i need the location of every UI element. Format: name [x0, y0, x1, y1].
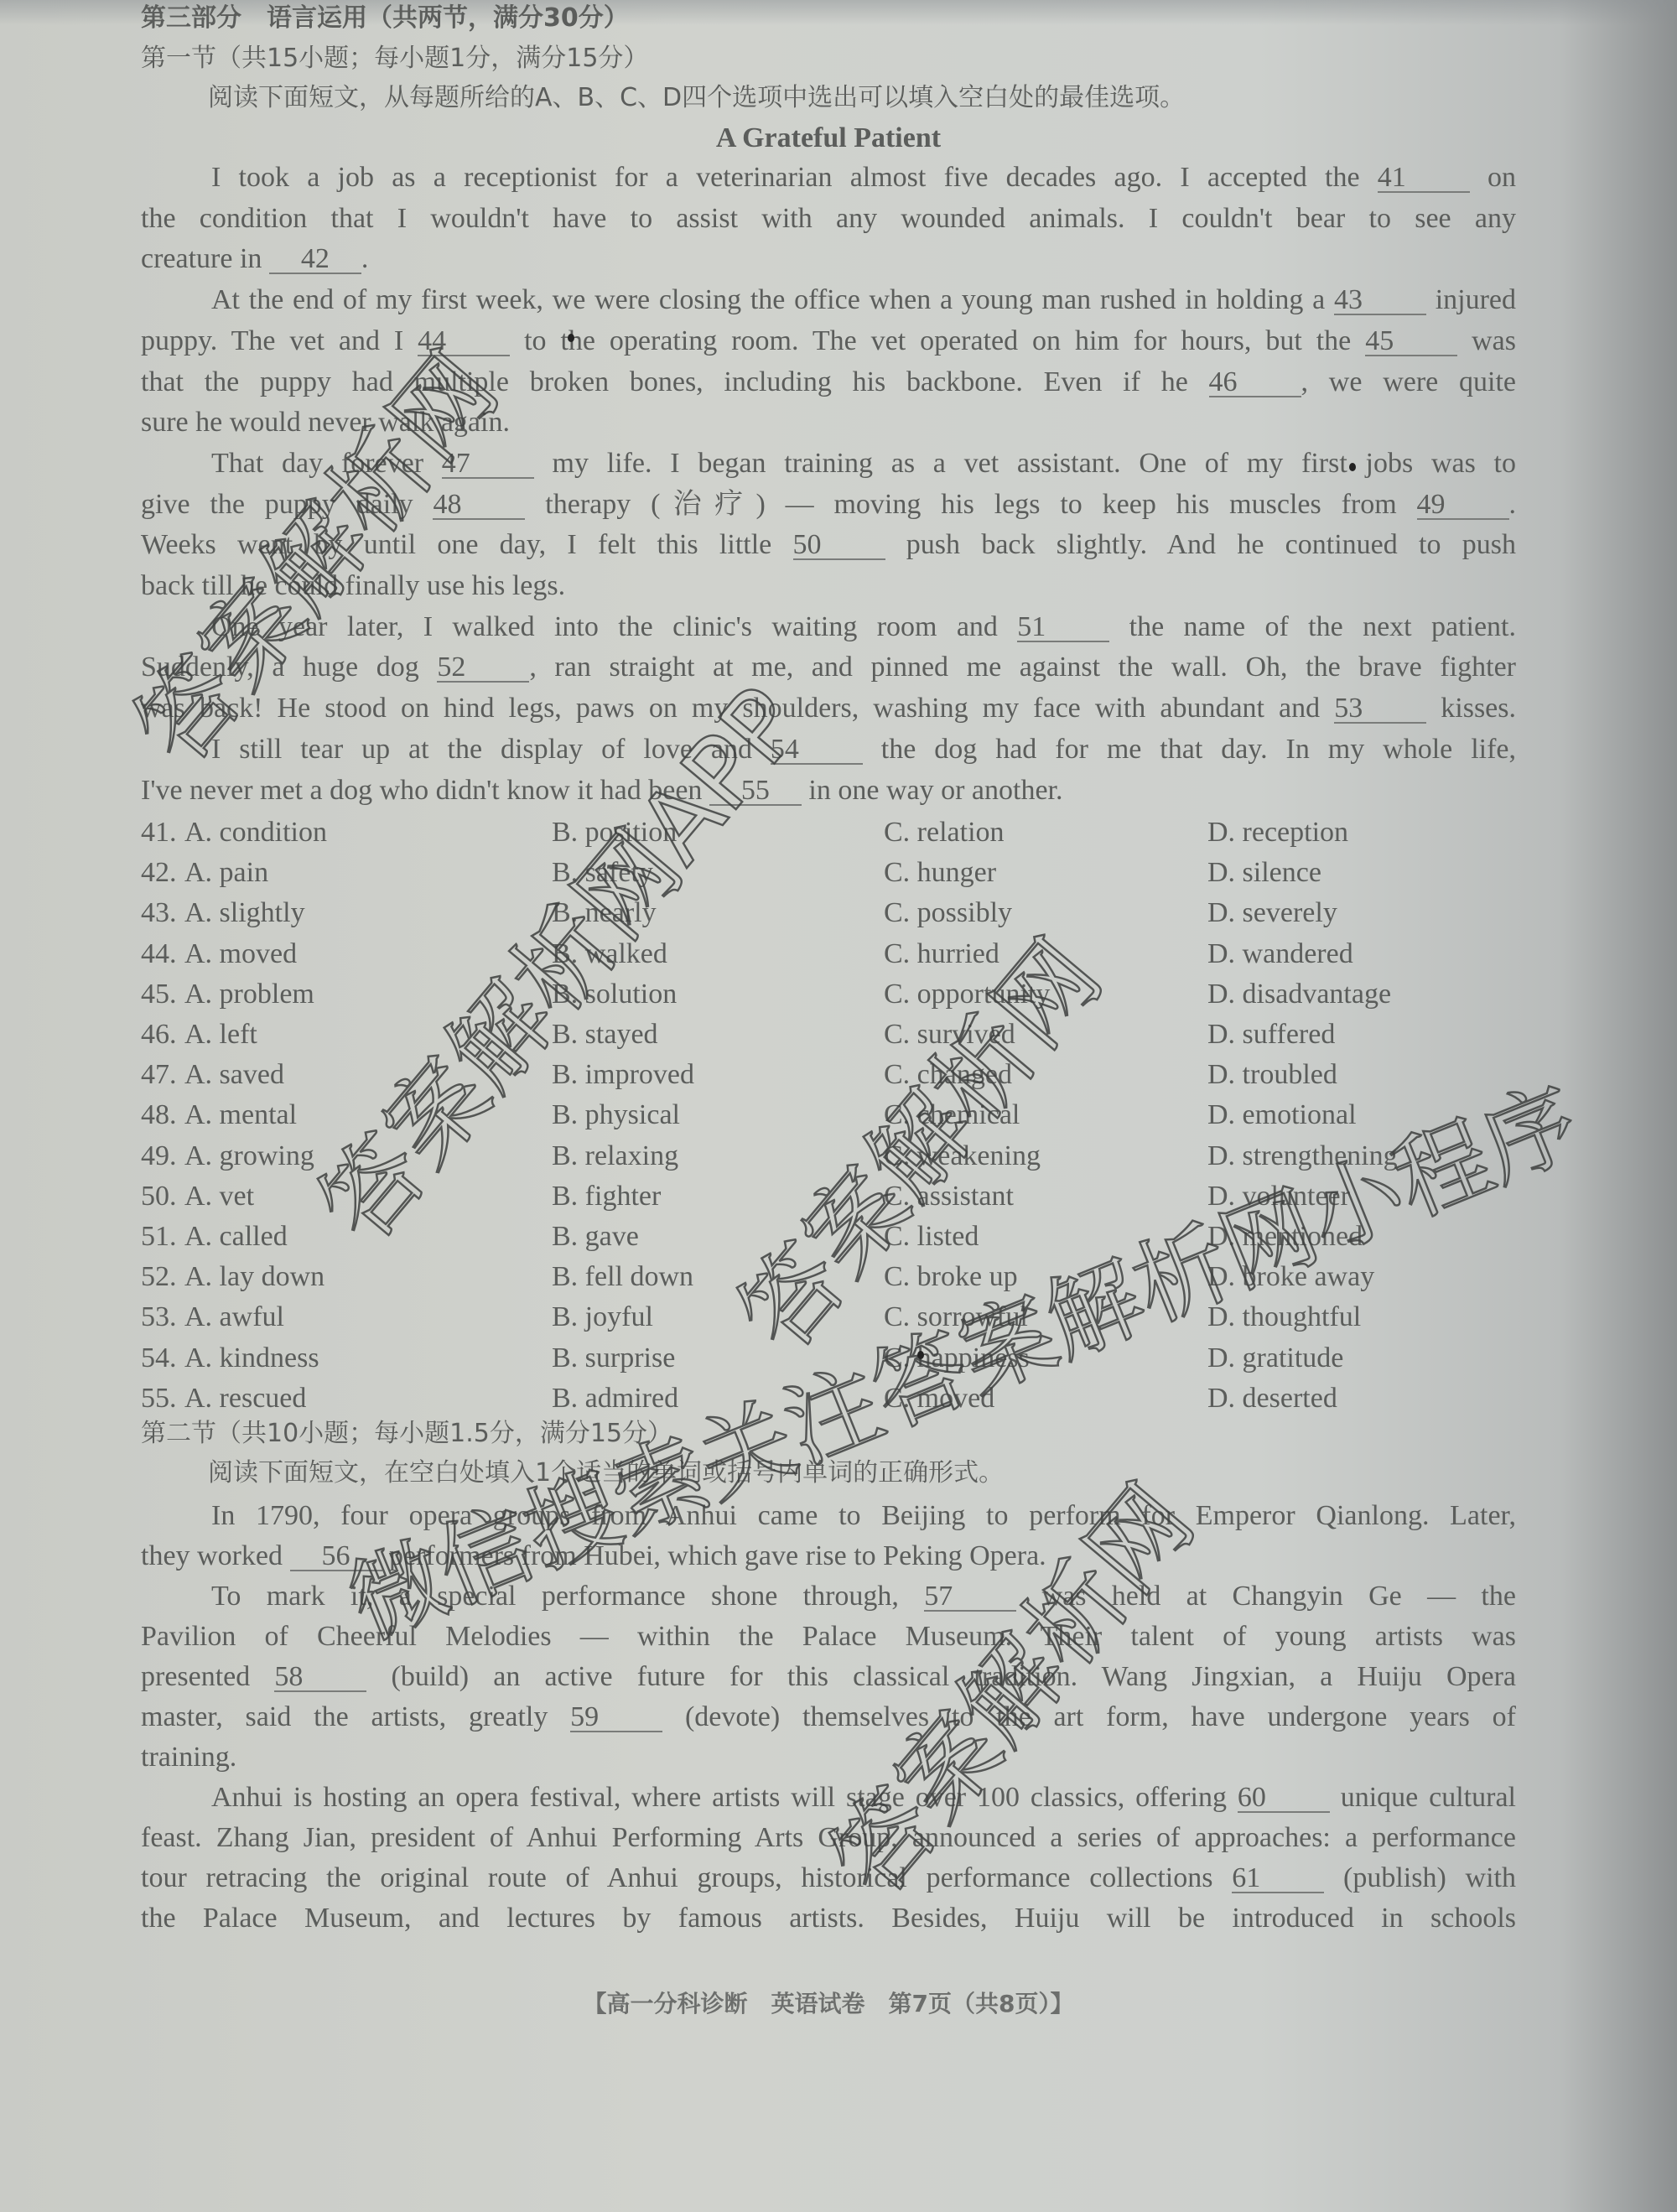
option-a[interactable]: A. vet [184, 1180, 254, 1213]
passage-text: To mark it, a special performance shone … [211, 1581, 924, 1612]
option-d[interactable]: D. mentioned [1207, 1220, 1363, 1254]
option-a[interactable]: A. problem [184, 978, 314, 1011]
passage-line: I still tear up at the display of love a… [211, 733, 1516, 766]
pen-mark [1349, 463, 1356, 471]
passage-line: the Palace Museum, and lectures by famou… [141, 1902, 1516, 1935]
question-number: 54. [141, 1342, 177, 1375]
passage-line: creature in 42. [141, 242, 368, 276]
option-d[interactable]: D. thoughtful [1207, 1301, 1361, 1334]
passage-line: That day forever 47 my life. I began tra… [211, 447, 1516, 480]
answer-blank-46[interactable]: 46 [1209, 369, 1301, 397]
option-b[interactable]: B. joyful [552, 1301, 653, 1334]
option-a[interactable]: A. moved [184, 937, 297, 971]
passage-text: unique cultural [1330, 1782, 1516, 1813]
pen-mark [917, 1351, 924, 1359]
answer-blank-50[interactable]: 50 [793, 532, 885, 560]
answer-blank-51[interactable]: 51 [1017, 614, 1109, 642]
passage-line: I've never met a dog who didn't know it … [141, 774, 1063, 807]
passage-line: To mark it, a special performance shone … [211, 1580, 1516, 1613]
option-c[interactable]: C. assistant [884, 1180, 1014, 1213]
option-a[interactable]: A. left [184, 1018, 257, 1051]
option-b[interactable]: B. walked [552, 937, 667, 971]
question-number: 43. [141, 896, 177, 930]
option-d[interactable]: D. silence [1207, 856, 1321, 890]
option-d[interactable]: D. deserted [1207, 1382, 1337, 1415]
passage-line: I took a job as a receptionist for a vet… [211, 161, 1516, 195]
question-number: 55. [141, 1382, 177, 1415]
passage-text: back till he could finally use his legs. [141, 570, 565, 601]
option-a[interactable]: A. called [184, 1220, 288, 1254]
option-b[interactable]: B. fell down [552, 1260, 693, 1294]
passage-text: the condition that I wouldn't have to as… [141, 203, 1516, 234]
passage-text: master, said the artists, greatly [141, 1701, 570, 1732]
option-d[interactable]: D. emotional [1207, 1098, 1357, 1132]
passage-line: give the puppy daily 48 therapy (治疗) — m… [141, 488, 1516, 522]
passage-text: performers from Hubei, which gave rise t… [382, 1540, 1046, 1571]
passage-text: sure he would never walk again. [141, 407, 510, 438]
answer-blank-54[interactable]: 54 [771, 736, 863, 765]
passage-text: injured [1426, 284, 1516, 315]
question-number: 46. [141, 1018, 177, 1051]
option-d[interactable]: D. troubled [1207, 1058, 1337, 1092]
option-c[interactable]: C. opportunity [884, 978, 1050, 1011]
option-b[interactable]: B. nearly [552, 896, 657, 930]
answer-blank-58[interactable]: 58 [274, 1664, 366, 1692]
question-number: 53. [141, 1301, 177, 1334]
part-header: 第三部分 语言运用（共两节，满分30分） [141, 2, 629, 35]
option-d[interactable]: D. suffered [1207, 1018, 1335, 1051]
passage-text: I took a job as a receptionist for a vet… [211, 162, 1378, 193]
question-number: 47. [141, 1058, 177, 1092]
passage-text: That day forever [211, 448, 442, 479]
answer-blank-56[interactable]: 56 [290, 1543, 382, 1571]
passage-text: creature in [141, 243, 269, 274]
passage-text: they worked [141, 1540, 290, 1571]
passage-text: the dog had for me that day. In my whole… [863, 734, 1516, 765]
answer-blank-48[interactable]: 48 [433, 491, 525, 520]
passage-text: Weeks went by until one day, I felt this… [141, 529, 793, 560]
option-b[interactable]: B. relaxing [552, 1140, 678, 1173]
question-number: 52. [141, 1260, 177, 1294]
answer-blank-43[interactable]: 43 [1334, 287, 1426, 315]
answer-blank-55[interactable]: 55 [709, 777, 802, 806]
passage-text: Suddenly, a huge dog [141, 652, 437, 683]
passage-line: sure he would never walk again. [141, 406, 510, 439]
option-b[interactable]: B. safety [552, 856, 653, 890]
option-a[interactable]: A. lay down [184, 1260, 324, 1294]
option-c[interactable]: C. moved [884, 1382, 994, 1415]
answer-blank-41[interactable]: 41 [1378, 164, 1470, 193]
passage-text: (devote) themselves to the art form, hav… [662, 1701, 1516, 1732]
option-c[interactable]: C. chemical [884, 1098, 1020, 1132]
passage-text: Anhui is hosting an opera festival, wher… [211, 1782, 1238, 1813]
passage-text: to the operating room. The vet operated … [510, 325, 1365, 356]
passage-text: In 1790, four opera groups from Anhui ca… [211, 1500, 1516, 1531]
passage-text: One year later, I walked into the clinic… [211, 611, 1017, 642]
option-a[interactable]: A. kindness [184, 1342, 319, 1375]
passage-line: training. [141, 1741, 236, 1774]
option-c[interactable]: C. listed [884, 1220, 979, 1254]
option-d[interactable]: D. severely [1207, 896, 1337, 930]
passage-text: presented [141, 1661, 274, 1692]
passage-line: Pavilion of Cheerful Melodies — within t… [141, 1620, 1516, 1654]
option-d[interactable]: D. volunteer [1207, 1180, 1350, 1213]
option-c[interactable]: C. changed [884, 1058, 1012, 1092]
passage-line: puppy. The vet and I 44 to the operating… [141, 325, 1516, 358]
page-footer: 【高一分科诊断 英语试卷 第7页（共8页）】 [141, 1986, 1516, 2019]
passage-text: was [1457, 325, 1516, 356]
passage-line: Weeks went by until one day, I felt this… [141, 528, 1516, 562]
option-b[interactable]: B. position [552, 816, 677, 849]
question-number: 45. [141, 978, 177, 1011]
option-a[interactable]: A. pain [184, 856, 268, 890]
option-b[interactable]: B. admired [552, 1382, 678, 1415]
option-d[interactable]: D. reception [1207, 816, 1348, 849]
answer-blank-61[interactable]: 61 [1232, 1865, 1324, 1893]
option-b[interactable]: B. surprise [552, 1342, 675, 1375]
passage-text: therapy (治疗) — moving his legs to keep h… [525, 489, 1416, 520]
option-d[interactable]: D. gratitude [1207, 1342, 1343, 1375]
question-number: 48. [141, 1098, 177, 1132]
question-number: 50. [141, 1180, 177, 1213]
option-a[interactable]: A. awful [184, 1301, 284, 1334]
passage-text: , ran straight at me, and pinned me agai… [529, 652, 1516, 683]
option-c[interactable]: C. relation [884, 816, 1005, 849]
section2-header: 第二节（共10小题；每小题1.5分，满分15分） [141, 1417, 672, 1451]
option-c[interactable]: C. possibly [884, 896, 1012, 930]
passage-text: (build) an active future for this classi… [366, 1661, 1516, 1692]
passage-text: in one way or another. [802, 775, 1063, 806]
passage-text: I've never met a dog who didn't know it … [141, 775, 709, 806]
option-b[interactable]: B. stayed [552, 1018, 658, 1051]
answer-blank-59[interactable]: 59 [570, 1704, 662, 1732]
option-b[interactable]: B. fighter [552, 1180, 661, 1213]
passage-text: I still tear up at the display of love a… [211, 734, 771, 765]
passage-text: was back! He stood on hind legs, paws on… [141, 693, 1334, 724]
option-a[interactable]: A. slightly [184, 896, 305, 930]
passage-text: , we were quite [1301, 366, 1516, 397]
passage-text: that the puppy had multiple broken bones… [141, 366, 1209, 397]
option-b[interactable]: B. physical [552, 1098, 680, 1132]
passage-text: tour retracing the original route of Anh… [141, 1862, 1232, 1893]
section1-header: 第一节（共15小题；每小题1分，满分15分） [141, 42, 648, 75]
passage-line: At the end of my first week, we were clo… [211, 283, 1516, 317]
passage-text: on [1470, 162, 1516, 193]
passage-line: they worked 56 performers from Hubei, wh… [141, 1540, 1046, 1573]
answer-blank-57[interactable]: 57 [924, 1583, 1016, 1612]
passage-text: my life. I began training as a vet assis… [534, 448, 1516, 479]
answer-blank-44[interactable]: 44 [418, 328, 510, 356]
passage-text: At the end of my first week, we were clo… [211, 284, 1334, 315]
option-c[interactable]: C. happiness [884, 1342, 1030, 1375]
passage-text: give the puppy daily [141, 489, 433, 520]
answer-blank-42[interactable]: 42 [269, 246, 361, 274]
answer-blank-52[interactable]: 52 [437, 654, 529, 683]
passage-line: One year later, I walked into the clinic… [211, 610, 1516, 644]
passage-text: was held at Changyin Ge — the [1016, 1581, 1516, 1612]
passage-line: master, said the artists, greatly 59 (de… [141, 1701, 1516, 1734]
option-d[interactable]: D. broke away [1207, 1260, 1374, 1294]
passage-text: puppy. The vet and I [141, 325, 418, 356]
option-c[interactable]: C. sorrowful [884, 1301, 1028, 1334]
passage-line: the condition that I wouldn't have to as… [141, 202, 1516, 236]
answer-blank-53[interactable]: 53 [1334, 695, 1426, 724]
option-a[interactable]: A. mental [184, 1098, 297, 1132]
option-d[interactable]: D. disadvantage [1207, 978, 1391, 1011]
option-c[interactable]: C. hunger [884, 856, 996, 890]
section2-instruction: 阅读下面短文，在空白处填入1个适当的单词或括号内单词的正确形式。 [208, 1456, 1004, 1490]
question-number: 49. [141, 1140, 177, 1173]
answer-blank-45[interactable]: 45 [1365, 328, 1457, 356]
option-b[interactable]: B. gave [552, 1220, 639, 1254]
passage-text: . [361, 243, 369, 274]
passage-line: In 1790, four opera groups from Anhui ca… [211, 1499, 1516, 1533]
option-b[interactable]: B. solution [552, 978, 677, 1011]
pen-mark [568, 334, 574, 342]
passage-text: Pavilion of Cheerful Melodies — within t… [141, 1621, 1516, 1652]
option-b[interactable]: B. improved [552, 1058, 694, 1092]
option-d[interactable]: D. wandered [1207, 937, 1353, 971]
question-number: 51. [141, 1220, 177, 1254]
passage-line: tour retracing the original route of Anh… [141, 1862, 1516, 1895]
passage-text: the name of the next patient. [1109, 611, 1516, 642]
passage-line: back till he could finally use his legs. [141, 569, 565, 603]
option-c[interactable]: C. hurried [884, 937, 999, 971]
question-number: 41. [141, 816, 177, 849]
passage-text: kisses. [1426, 693, 1516, 724]
passage-text: (publish) with [1324, 1862, 1516, 1893]
passage-line: feast. Zhang Jian, president of Anhui Pe… [141, 1821, 1516, 1855]
option-c[interactable]: C. broke up [884, 1260, 1018, 1294]
passage-text: . [1509, 489, 1517, 520]
option-c[interactable]: C. weakening [884, 1140, 1041, 1173]
passage-title: A Grateful Patient [141, 122, 1516, 154]
question-number: 42. [141, 856, 177, 890]
passage-line: presented 58 (build) an active future fo… [141, 1660, 1516, 1694]
passage-line: Anhui is hosting an opera festival, wher… [211, 1781, 1516, 1815]
question-number: 44. [141, 937, 177, 971]
section1-instruction: 阅读下面短文，从每题所给的A、B、C、D四个选项中选出可以填入空白处的最佳选项。 [208, 81, 1185, 115]
option-c[interactable]: C. survived [884, 1018, 1015, 1051]
option-a[interactable]: A. growing [184, 1140, 314, 1173]
answer-blank-49[interactable]: 49 [1417, 491, 1509, 520]
option-a[interactable]: A. condition [184, 816, 327, 849]
option-a[interactable]: A. rescued [184, 1382, 306, 1415]
passage-text: the Palace Museum, and lectures by famou… [141, 1903, 1516, 1934]
passage-text: training. [141, 1742, 236, 1773]
answer-blank-60[interactable]: 60 [1238, 1784, 1330, 1813]
passage-text: push back slightly. And he continued to … [885, 529, 1516, 560]
answer-blank-47[interactable]: 47 [442, 450, 534, 479]
passage-line: Suddenly, a huge dog 52, ran straight at… [141, 651, 1516, 684]
option-a[interactable]: A. saved [184, 1058, 284, 1092]
passage-text: feast. Zhang Jian, president of Anhui Pe… [141, 1822, 1516, 1853]
passage-line: was back! He stood on hind legs, paws on… [141, 692, 1516, 725]
passage-line: that the puppy had multiple broken bones… [141, 366, 1516, 399]
option-d[interactable]: D. strengthening [1207, 1140, 1398, 1173]
